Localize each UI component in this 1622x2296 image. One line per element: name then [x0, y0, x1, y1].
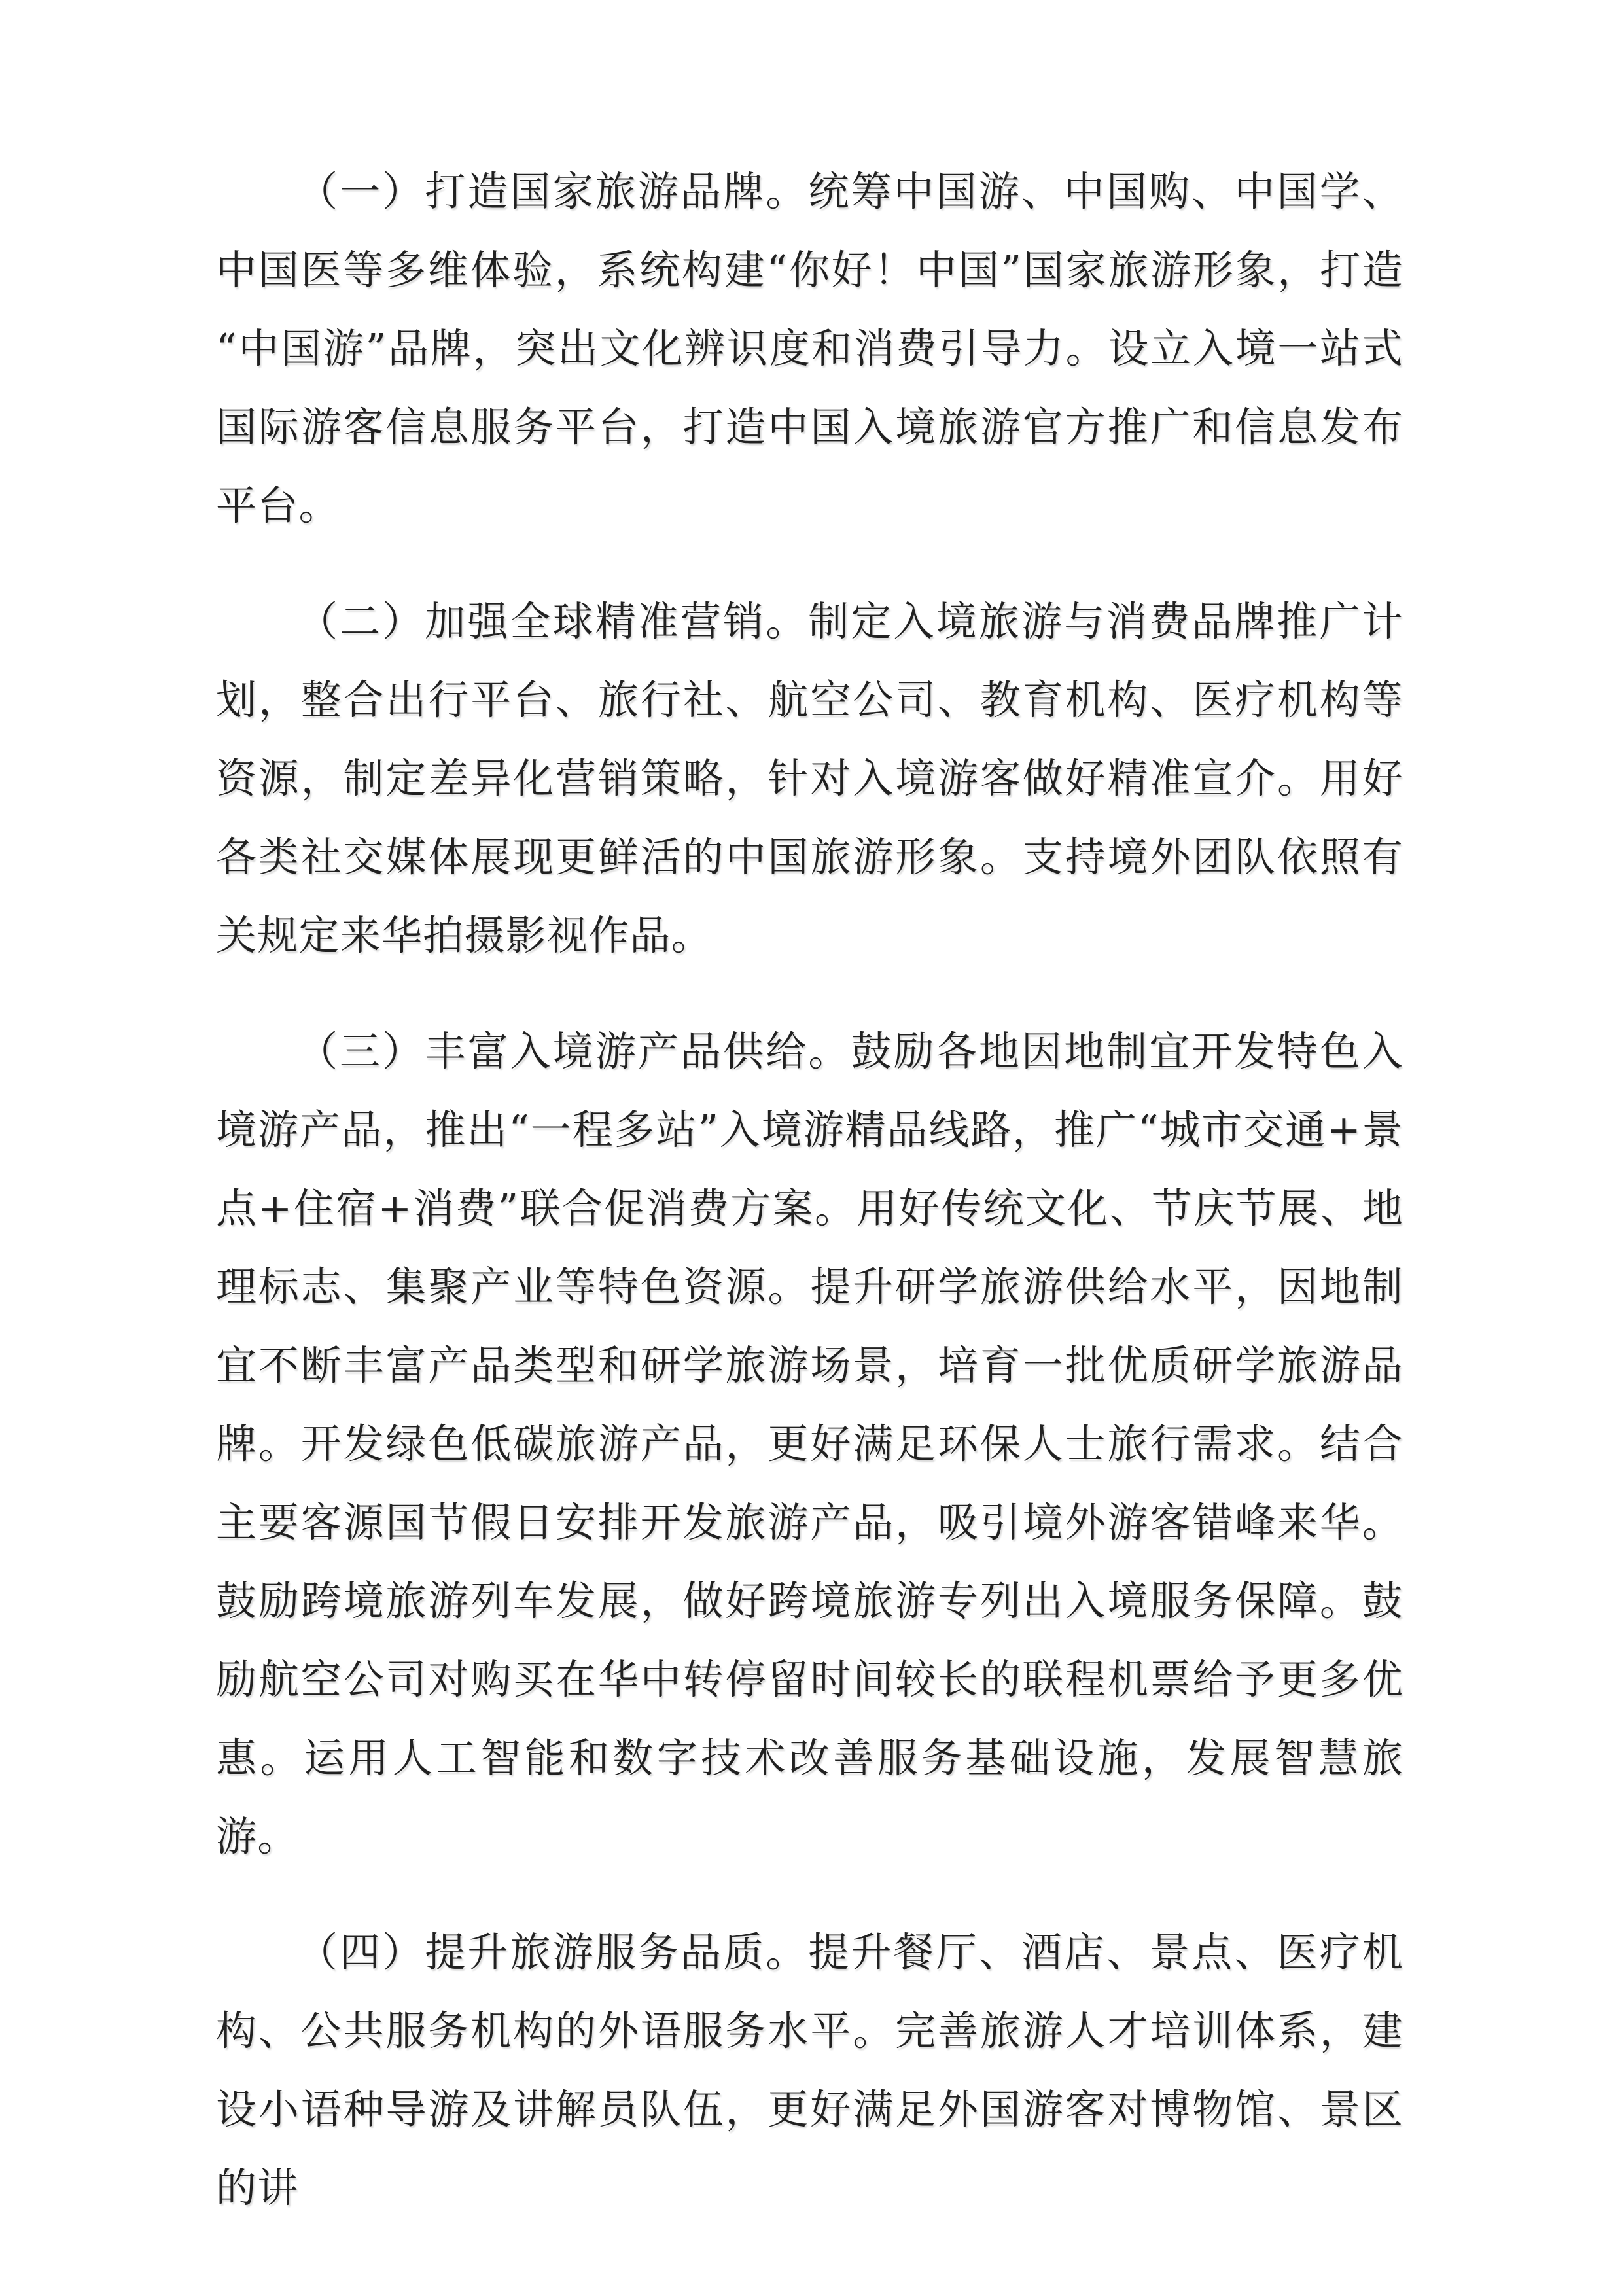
paragraph-2: （二）加强全球精准营销。制定入境旅游与消费品牌推广计划，整合出行平台、旅行社、航… [216, 582, 1403, 975]
paragraph-3: （三）丰富入境游产品供给。鼓励各地因地制宜开发特色入境游产品，推出“一程多站”入… [216, 1012, 1403, 1876]
document-page: （一）打造国家旅游品牌。统筹中国游、中国购、中国学、中国医等多维体验，系统构建“… [0, 0, 1622, 2296]
paragraph-4: （四）提升旅游服务品质。提升餐厅、酒店、景点、医疗机构、公共服务机构的外语服务水… [216, 1913, 1403, 2227]
paragraph-1: （一）打造国家旅游品牌。统筹中国游、中国购、中国学、中国医等多维体验，系统构建“… [216, 152, 1403, 545]
document-body: （一）打造国家旅游品牌。统筹中国游、中国购、中国学、中国医等多维体验，系统构建“… [216, 152, 1403, 2227]
